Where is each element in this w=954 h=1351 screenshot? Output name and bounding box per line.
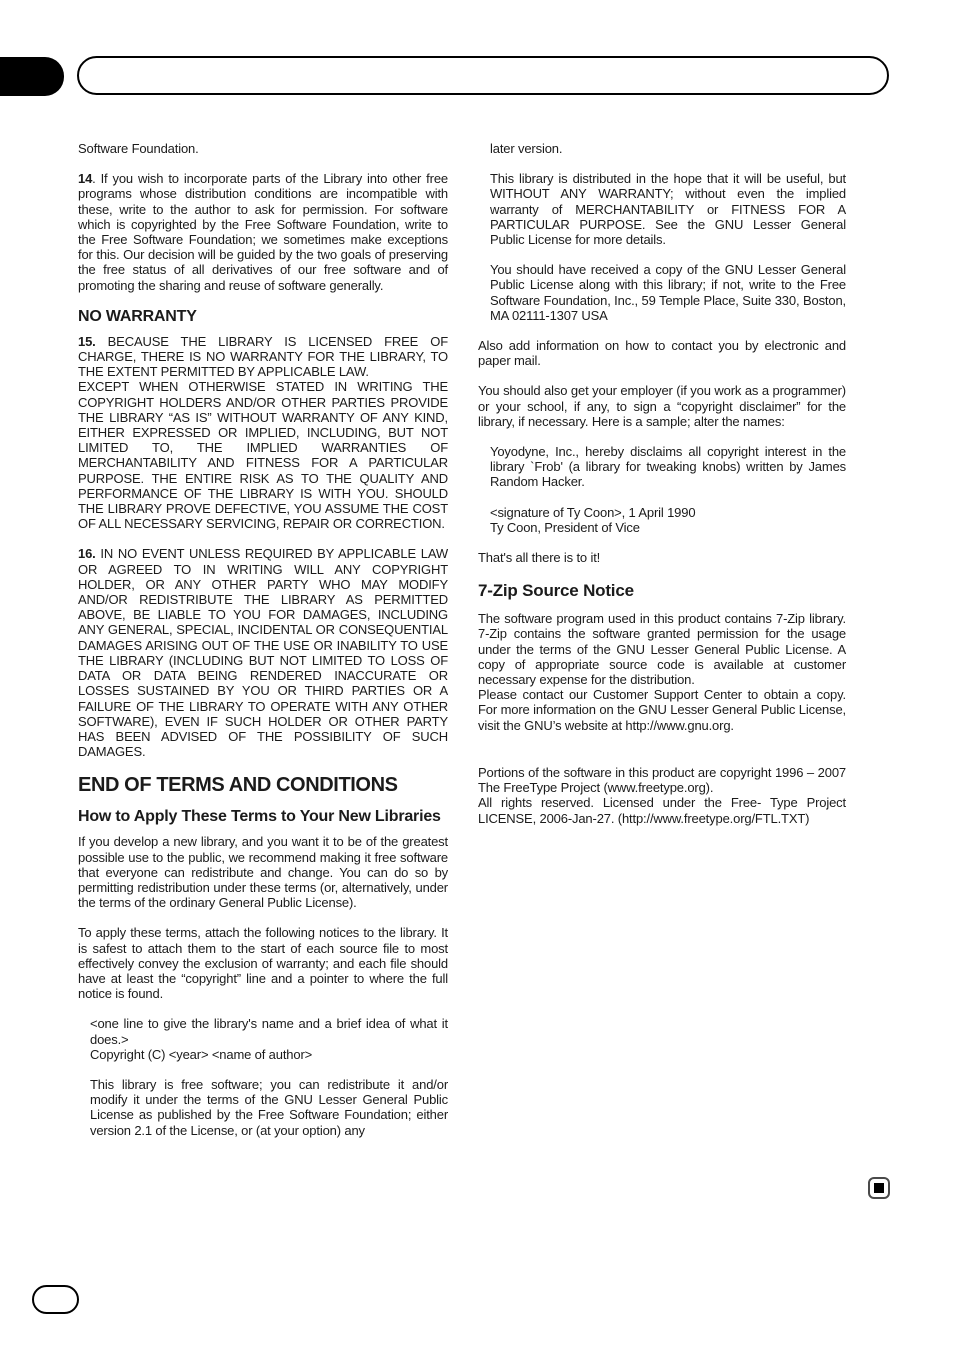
how-to-apply-heading: How to Apply These Terms to Your New Lib…: [78, 808, 448, 826]
paragraph-software-foundation: Software Foundation.: [78, 141, 448, 156]
no-warranty-heading: NO WARRANTY: [78, 308, 448, 326]
end-of-section-icon: [868, 1177, 890, 1199]
distributed-hope-block: This library is distributed in the hope …: [490, 171, 846, 247]
chapter-tab-shape: [0, 57, 64, 96]
section-14-text: . If you wish to incorporate parts of th…: [78, 171, 448, 292]
paragraph-also-add: Also add information on how to contact y…: [478, 338, 846, 368]
paragraph-employer-disclaimer: You should also get your employer (if yo…: [478, 383, 846, 429]
notice-template-block: <one line to give the library's name and…: [90, 1016, 448, 1062]
paragraph-section-15: 15. BECAUSE THE LIBRARY IS LICENSED FREE…: [78, 334, 448, 532]
free-software-block: This library is free software; you can r…: [90, 1077, 448, 1138]
thats-all-line: That's all there is to it!: [478, 550, 846, 565]
paragraph-section-14: 14. If you wish to incorporate parts of …: [78, 171, 448, 293]
section-15-text: BECAUSE THE LIBRARY IS LICENSED FREE OF …: [78, 334, 448, 531]
section-15-number: 15.: [78, 334, 96, 349]
paragraph-apply-notices: To apply these terms, attach the followi…: [78, 925, 448, 1001]
right-column: later version. This library is distribut…: [478, 141, 846, 841]
seven-zip-paragraph: The software program used in this produc…: [478, 611, 846, 733]
filled-square-icon: [874, 1183, 884, 1193]
paragraph-develop-library: If you develop a new library, and you wa…: [78, 834, 448, 910]
signature-sample-block: <signature of Ty Coon>, 1 April 1990 Ty …: [490, 505, 846, 535]
yoyodyne-sample-block: Yoyodyne, Inc., hereby disclaims all cop…: [490, 444, 846, 490]
paragraph-section-16: 16. IN NO EVENT UNLESS REQUIRED BY APPLI…: [78, 546, 448, 759]
page-number-oval: [32, 1285, 79, 1314]
document-page: Software Foundation. 14. If you wish to …: [0, 0, 954, 1351]
section-16-number: 16.: [78, 546, 96, 561]
seven-zip-heading: 7-Zip Source Notice: [478, 581, 846, 600]
freetype-notice-paragraph: Portions of the software in this product…: [478, 765, 846, 826]
received-copy-block: You should have received a copy of the G…: [490, 262, 846, 323]
section-16-text: IN NO EVENT UNLESS REQUIRED BY APPLICABL…: [78, 546, 448, 759]
later-version-block: later version.: [490, 141, 846, 156]
header-bar-pill: [77, 56, 889, 95]
left-column: Software Foundation. 14. If you wish to …: [78, 141, 448, 1153]
end-of-terms-heading: END OF TERMS AND CONDITIONS: [78, 774, 448, 796]
section-14-number: 14: [78, 171, 92, 186]
